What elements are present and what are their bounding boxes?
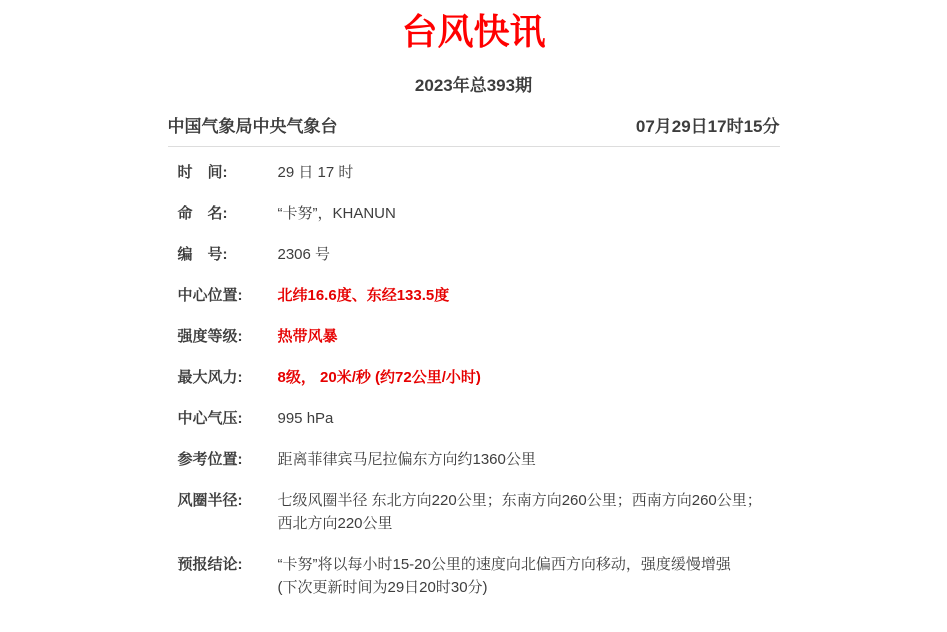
info-list: 时 间: 29 日 17 时 命 名: “卡努”，KHANUN 编 号: 230… [168, 161, 780, 599]
issue-datetime: 07月29日17时15分 [636, 116, 780, 138]
field-label: 编 号: [178, 243, 278, 266]
field-value-line: “卡努”将以每小时15-20公里的速度向北偏西方向移动，强度缓慢增强 [278, 553, 778, 576]
field-value: “卡努”，KHANUN [278, 202, 778, 225]
info-row: 最大风力: 8级， 20米/秒 (约72公里/小时) [178, 366, 780, 389]
field-label: 中心位置: [178, 284, 278, 307]
field-label: 中心气压: [178, 407, 278, 430]
field-value-line: 29 日 17 时 [278, 161, 778, 184]
bulletin-header: 中国气象局中央气象台 07月29日17时15分 [168, 116, 780, 138]
header-divider [168, 146, 780, 147]
field-value-line2: (下次更新时间为29日20时30分) [278, 576, 778, 599]
field-label: 预报结论: [178, 553, 278, 599]
info-row: 预报结论: “卡努”将以每小时15-20公里的速度向北偏西方向移动，强度缓慢增强… [178, 553, 780, 599]
info-row: 命 名: “卡努”，KHANUN [178, 202, 780, 225]
field-value-line: 995 hPa [278, 407, 778, 430]
field-value-line: 8级， 20米/秒 (约72公里/小时) [278, 366, 778, 389]
field-label: 最大风力: [178, 366, 278, 389]
info-row: 编 号: 2306 号 [178, 243, 780, 266]
agency-name: 中国气象局中央气象台 [168, 116, 338, 138]
info-row: 强度等级: 热带风暴 [178, 325, 780, 348]
field-value-line: 北纬16.6度、东经133.5度 [278, 284, 778, 307]
field-value: 距离菲律宾马尼拉偏东方向约1360公里 [278, 448, 778, 471]
info-row: 中心位置: 北纬16.6度、东经133.5度 [178, 284, 780, 307]
field-value-line: “卡努”，KHANUN [278, 202, 778, 225]
info-row: 参考位置: 距离菲律宾马尼拉偏东方向约1360公里 [178, 448, 780, 471]
field-value-line: 距离菲律宾马尼拉偏东方向约1360公里 [278, 448, 778, 471]
field-value-line: 七级风圈半径 东北方向220公里；东南方向260公里；西南方向260公里； 西北… [278, 489, 778, 535]
field-value: 8级， 20米/秒 (约72公里/小时) [278, 366, 778, 389]
field-value: 七级风圈半径 东北方向220公里；东南方向260公里；西南方向260公里； 西北… [278, 489, 778, 535]
field-value: 热带风暴 [278, 325, 778, 348]
field-value: 北纬16.6度、东经133.5度 [278, 284, 778, 307]
page-title: 台风快讯 [168, 8, 780, 55]
field-value: 29 日 17 时 [278, 161, 778, 184]
issue-number: 2023年总393期 [168, 75, 780, 97]
field-label: 命 名: [178, 202, 278, 225]
field-label: 时 间: [178, 161, 278, 184]
field-value: 2306 号 [278, 243, 778, 266]
field-value-line: 热带风暴 [278, 325, 778, 348]
info-row: 时 间: 29 日 17 时 [178, 161, 780, 184]
info-row: 风圈半径: 七级风圈半径 东北方向220公里；东南方向260公里；西南方向260… [178, 489, 780, 535]
field-value-line: 2306 号 [278, 243, 778, 266]
info-row: 中心气压: 995 hPa [178, 407, 780, 430]
field-value: 995 hPa [278, 407, 778, 430]
field-value: “卡努”将以每小时15-20公里的速度向北偏西方向移动，强度缓慢增强 (下次更新… [278, 553, 778, 599]
field-label: 参考位置: [178, 448, 278, 471]
field-label: 风圈半径: [178, 489, 278, 535]
typhoon-bulletin: 台风快讯 2023年总393期 中国气象局中央气象台 07月29日17时15分 … [168, 0, 780, 599]
field-label: 强度等级: [178, 325, 278, 348]
